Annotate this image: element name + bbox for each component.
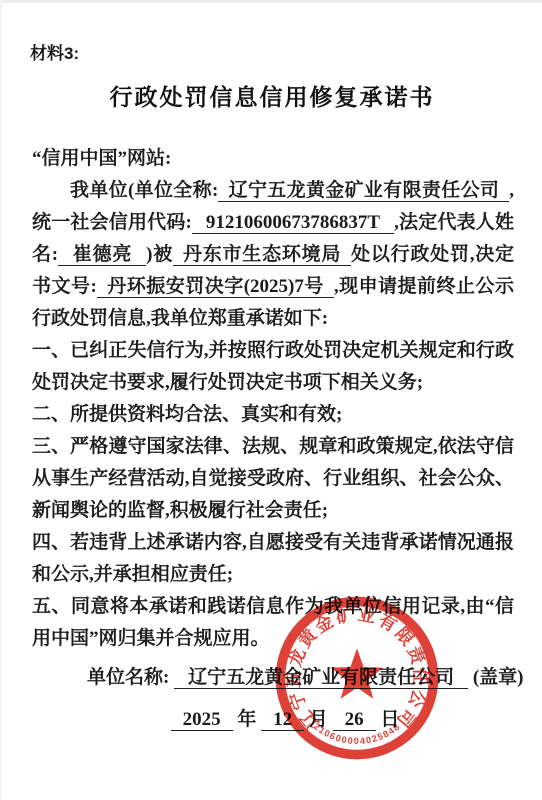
date-month: 12 [261, 709, 304, 731]
commitment-item-3: 三、严格遵守国家法律、法规、规章和政策规定,依法守信从事生产经营活动,自觉接受政… [32, 431, 514, 527]
commitment-item-1: 一、已纠正失信行为,并按照行政处罚决定机关规定和行政处罚决定书要求,履行处罚决定… [32, 335, 514, 399]
signature-line: 单位名称: 辽宁五龙黄金矿业有限责任公司 (盖章) [2, 663, 542, 693]
date-month-unit: 月 [309, 709, 328, 730]
document-body: “信用中国”网站: 我单位(单位全称:辽宁五龙黄金矿业有限责任公司,统一社会信用… [32, 143, 514, 655]
decision-number-blank: 丹环振安罚决字(2025)7号 [97, 276, 334, 298]
date-year-unit: 年 [237, 709, 256, 730]
legal-rep-blank: 崔德亮 [58, 244, 146, 266]
document-title: 行政处罚信息信用修复承诺书 [2, 79, 542, 112]
company-name-blank: 辽宁五龙黄金矿业有限责任公司 [218, 180, 509, 202]
salutation-line: “信用中国”网站: [32, 143, 514, 175]
stamp-note: (盖章) [473, 667, 524, 688]
date-day-unit: 日 [380, 709, 399, 730]
commitment-item-4: 四、若违背上述承诺内容,自愿接受有关违背承诺情况通报和公示,并承担相应责任; [32, 527, 514, 591]
intro-after-rep: )被 [146, 244, 173, 265]
commitment-item-2: 二、所提供资料均合法、真实和有效; [32, 399, 514, 431]
intro-lead: 我单位(单位全称: [70, 180, 218, 201]
material-label: 材料3: [30, 39, 79, 64]
date-year: 2025 [171, 709, 233, 731]
credit-code-blank: 91210600673786837T [192, 212, 394, 234]
signature-block: 单位名称: 辽宁五龙黄金矿业有限责任公司 (盖章) 2025 年 12 月 26… [2, 663, 542, 735]
date-day: 26 [333, 709, 376, 731]
scanned-document-page: 材料3: 行政处罚信息信用修复承诺书 “信用中国”网站: 我单位(单位全称:辽宁… [0, 0, 542, 800]
intro-paragraph: 我单位(单位全称:辽宁五龙黄金矿业有限责任公司,统一社会信用代码:9121060… [32, 175, 514, 335]
commitment-item-5: 五、同意将本承诺和践诺信息作为我单位信用记录,由“信用中国”网归集并合规应用。 [32, 591, 514, 655]
signature-company-blank: 辽宁五龙黄金矿业有限责任公司 [174, 667, 468, 689]
signature-label: 单位名称: [87, 667, 169, 688]
date-line: 2025 年 12 月 26 日 [2, 705, 542, 735]
authority-blank: 丹东市生态环境局 [173, 244, 351, 266]
